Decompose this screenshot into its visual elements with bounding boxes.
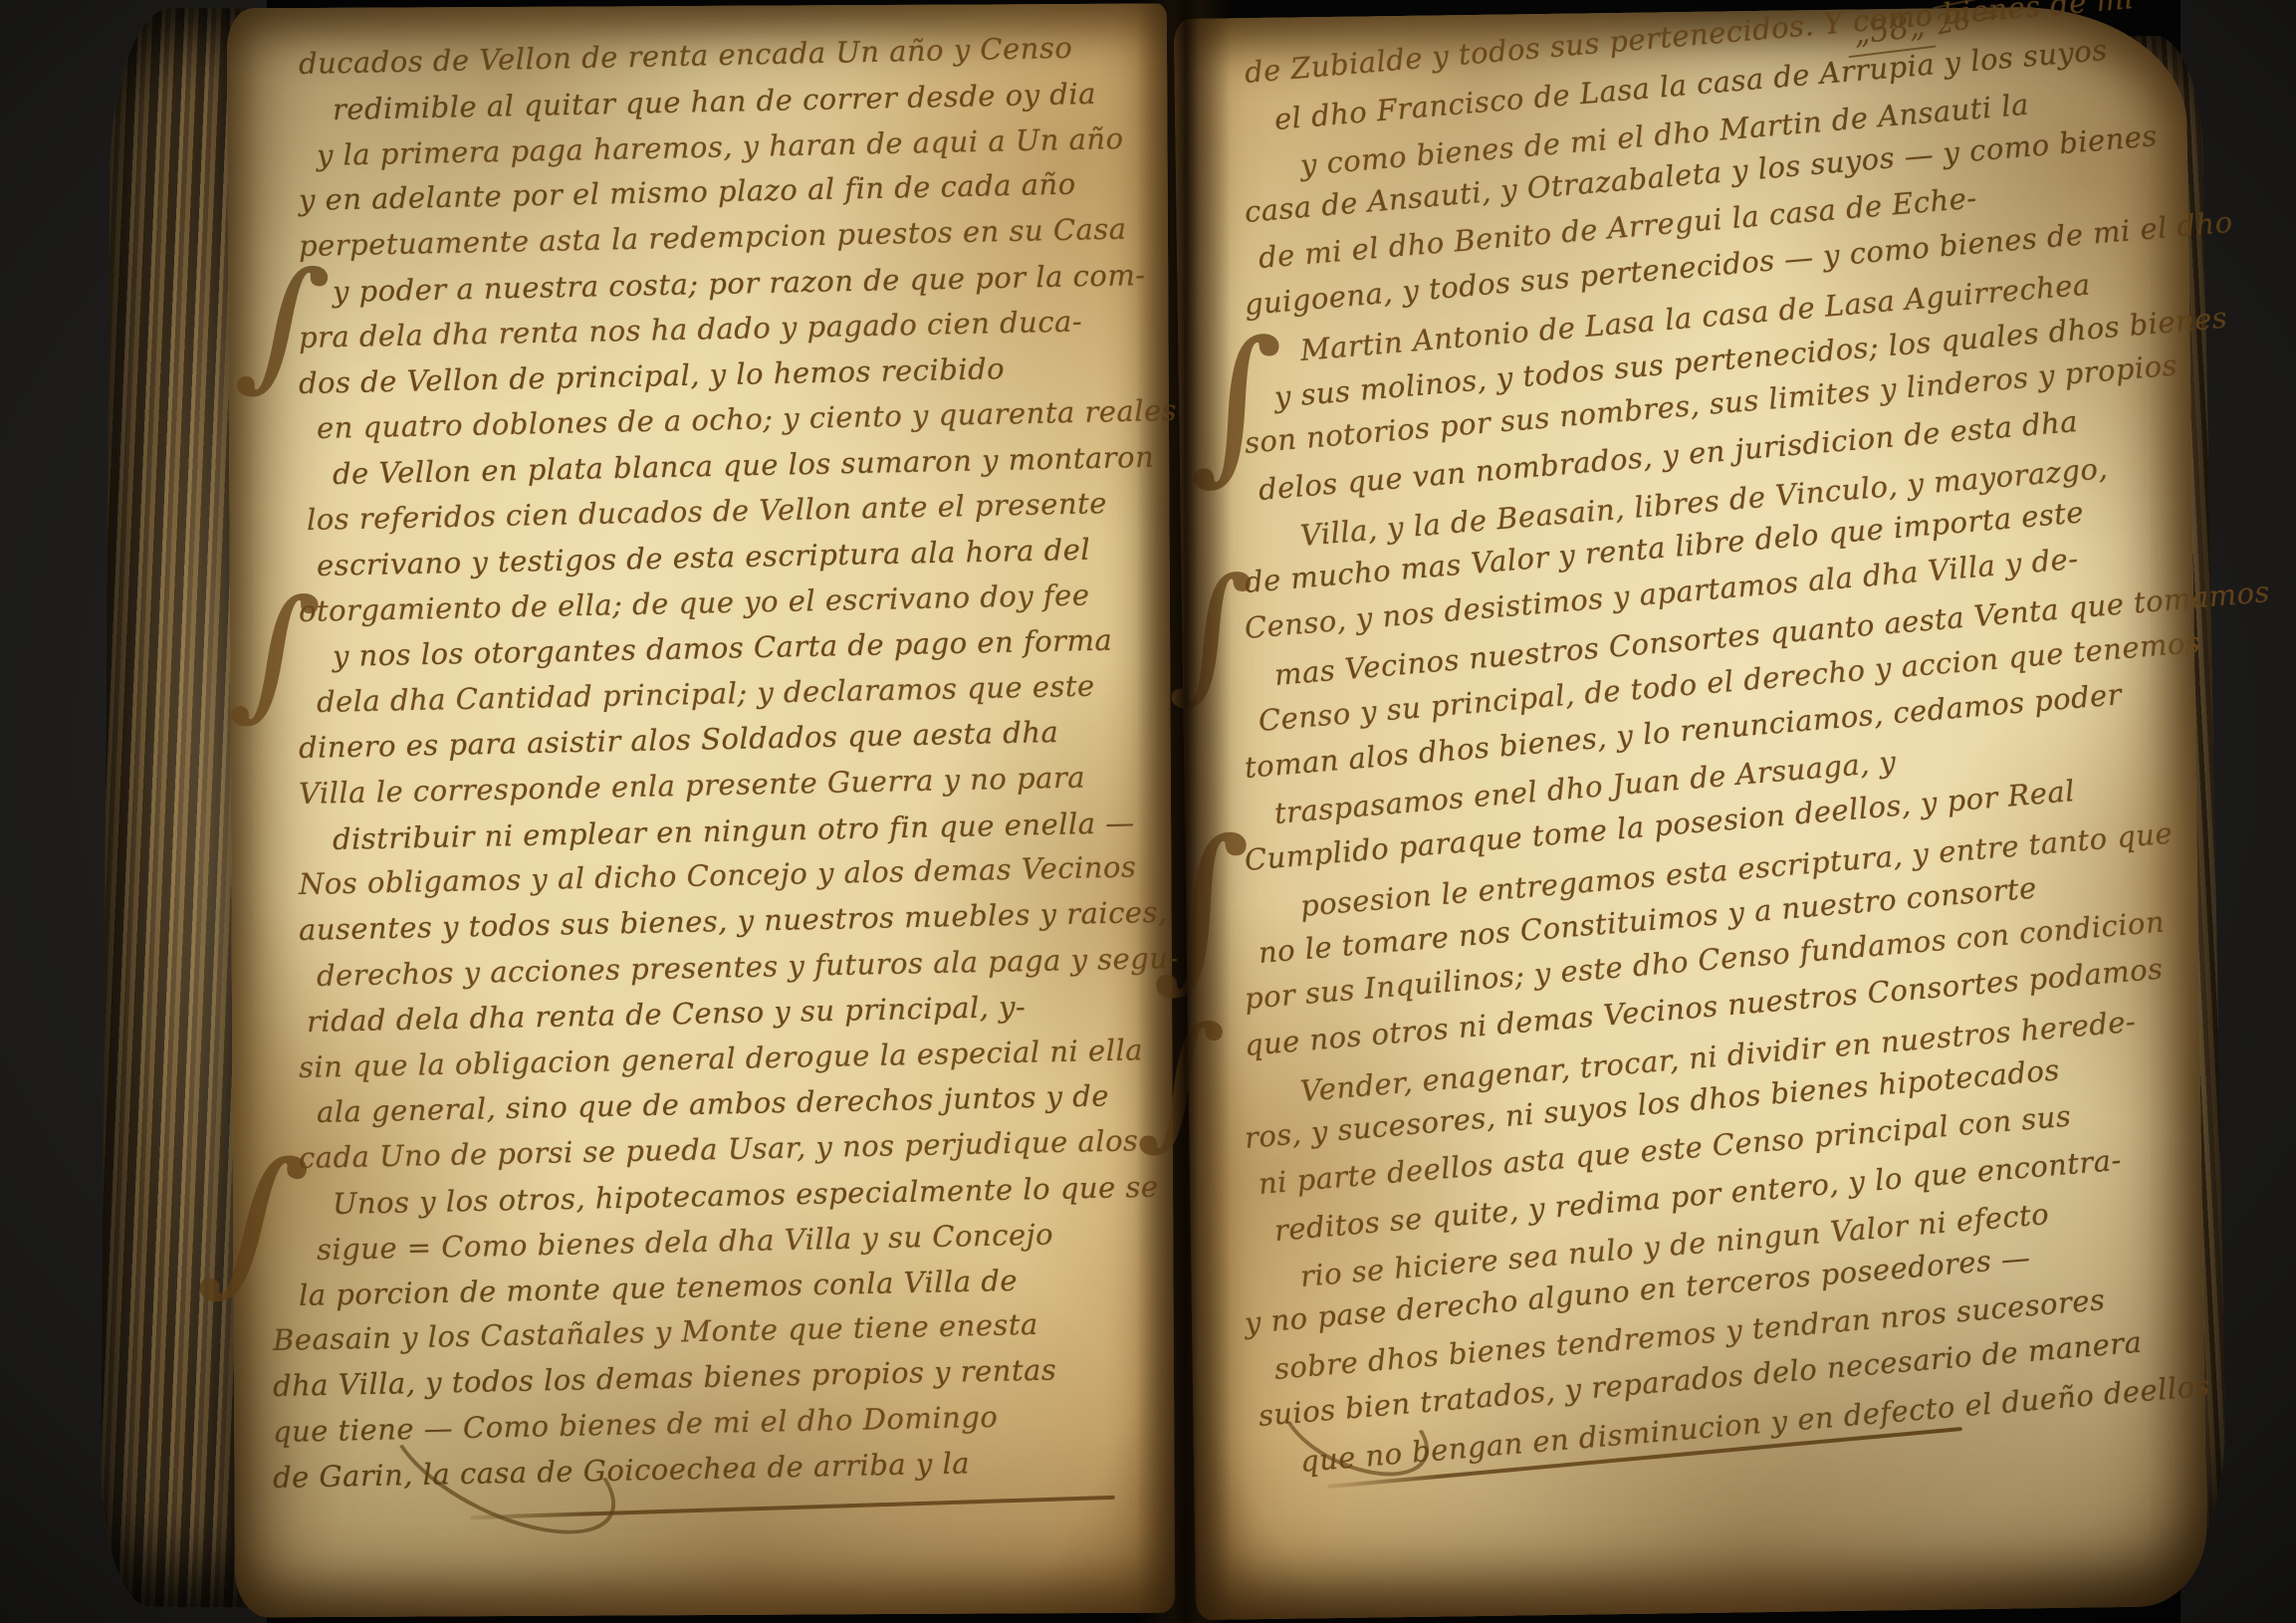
right-page-text: de Zubialde y todos sus pertenecidos. Y … bbox=[1245, 50, 2151, 1486]
manuscript-photo: ducados de Vellon de renta encada Un año… bbox=[0, 0, 2296, 1623]
left-page-text: ducados de Vellon de renta encada Un año… bbox=[299, 42, 1155, 1502]
